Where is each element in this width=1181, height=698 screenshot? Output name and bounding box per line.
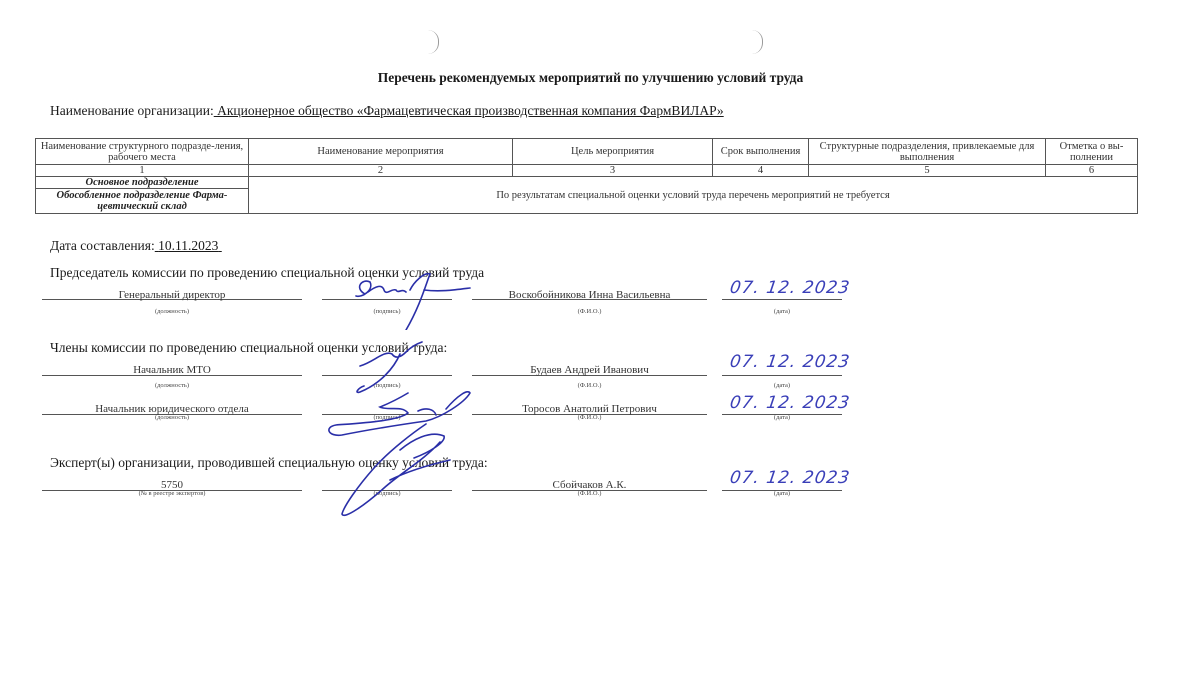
punch-hole-left: [428, 30, 439, 54]
chairman-signature: [340, 270, 480, 330]
member-signed-date: 07. 12. 2023: [729, 352, 852, 372]
compiled-date-value: 10.11.2023: [155, 238, 222, 253]
chairman-signed-date: 07. 12. 2023: [729, 278, 852, 298]
column-header: Структурные подразделения, привлекаемые …: [809, 139, 1046, 165]
column-header: Наименование мероприятия: [249, 139, 513, 165]
column-number: 4: [713, 165, 809, 177]
fio-caption: (Ф.И.О.): [472, 382, 707, 389]
chairman-name: Воскобойникова Инна Васильевна: [472, 289, 707, 301]
position-caption: (должность): [42, 308, 302, 315]
date-line: [722, 375, 842, 376]
department-cell: Основное подразделение: [36, 177, 249, 189]
table-row: Основное подразделение По результатам сп…: [36, 177, 1138, 189]
chairman-position: Генеральный директор: [42, 289, 302, 301]
compiled-date-label: Дата составления:: [50, 238, 155, 253]
member-name: Будаев Андрей Иванович: [472, 364, 707, 376]
organization-label: Наименование организации:: [50, 103, 214, 118]
column-header: Цель мероприятия: [513, 139, 713, 165]
column-number: 5: [809, 165, 1046, 177]
date-caption: (дата): [722, 490, 842, 497]
department-cell: Обособленное подразделение Фарма-цевтиче…: [36, 189, 249, 214]
position-caption: (должность): [42, 382, 302, 389]
column-number-row: 1 2 3 4 5 6: [36, 165, 1138, 177]
punch-hole-right: [752, 30, 763, 54]
column-number: 1: [36, 165, 249, 177]
date-caption: (дата): [722, 414, 842, 421]
date-caption: (дата): [722, 308, 842, 315]
no-measures-message: По результатам специальной оценки услови…: [249, 177, 1138, 214]
expert-signature: [330, 420, 460, 520]
organization-line: Наименование организации: Акционерное об…: [50, 103, 724, 119]
organization-value: Акционерное общество «Фармацевтическая п…: [214, 103, 724, 118]
column-header: Срок выполнения: [713, 139, 809, 165]
column-number: 2: [249, 165, 513, 177]
column-number: 6: [1046, 165, 1138, 177]
document-title: Перечень рекомендуемых мероприятий по ул…: [0, 70, 1181, 86]
registry-caption: (№ в реестре экспертов): [42, 490, 302, 497]
table-header-row: Наименование структурного подразде-ления…: [36, 139, 1138, 165]
fio-caption: (Ф.И.О.): [472, 308, 707, 315]
date-line: [722, 299, 842, 300]
column-header: Наименование структурного подразде-ления…: [36, 139, 249, 165]
column-number: 3: [513, 165, 713, 177]
member-signed-date: 07. 12. 2023: [729, 393, 852, 413]
fio-caption: (Ф.И.О.): [472, 414, 707, 421]
compiled-date-line: Дата составления: 10.11.2023: [50, 238, 222, 254]
fio-caption: (Ф.И.О.): [472, 490, 707, 497]
expert-signed-date: 07. 12. 2023: [729, 468, 852, 488]
position-caption: (должность): [42, 414, 302, 421]
member-position: Начальник МТО: [42, 364, 302, 376]
measures-table: Наименование структурного подразде-ления…: [35, 138, 1138, 214]
date-caption: (дата): [722, 382, 842, 389]
column-header: Отметка о вы-полнении: [1046, 139, 1138, 165]
